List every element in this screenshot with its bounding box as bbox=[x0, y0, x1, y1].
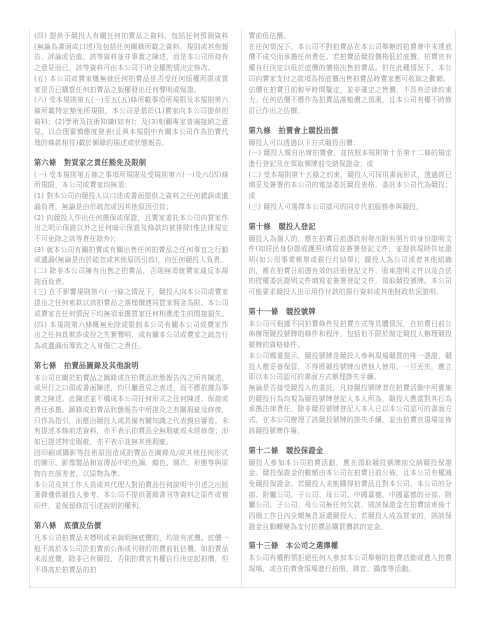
clause-paragraph: 無論是否接受競投人的委託，凡持競投號牌者在拍賣活動中所實施的競投行為均視為競投號… bbox=[249, 383, 452, 437]
terms-two-column-layout: (四) 提供予競投人有關任何拍賣品之資料，包括任何預測資料(無論為書面或口述)及… bbox=[29, 30, 456, 588]
clause-paragraph: 競投人為個人的，應在拍賣日前憑政府發出附有照片的身份證明文件(如居民身份證或護照… bbox=[249, 234, 452, 298]
clause-paragraph: 競投人參加本公司拍賣活動，應在領取競投號牌前交納競投保證金。競投保證金的數額由本… bbox=[249, 458, 452, 533]
clause-paragraph: (二) 除非本公司擁有出售之拍賣品，否則無須就賣家違反本規則而負責。 bbox=[34, 266, 229, 287]
clause-paragraph: (四) 本規則第六條概無免除或限制本公司有關本公司或賣家作出之任何具欺詐成份之失… bbox=[34, 320, 229, 352]
clause-paragraph: 本公司鄭重提示，競投號牌是競投人參與現場競買的唯一憑證，競投人應妥善保管，不得將… bbox=[249, 351, 452, 383]
section-heading-article-9: 第九條 拍賣會上競投出價 bbox=[249, 125, 452, 136]
clause-paragraph: (六) 受本規則第五(一)至五(五)條所載事項所規限及本規則第六條所載特定豁免所… bbox=[34, 95, 229, 149]
clause-paragraph: 競投人可以透過以下方式競投出價： bbox=[249, 138, 452, 149]
terms-column-right: 賣前低估價。 在任何情況下，本公司不對拍賣品在本公司舉辦的拍賣會中未達底價不成交… bbox=[242, 30, 455, 587]
section-heading-article-10: 第十條 競投人登記 bbox=[249, 221, 452, 232]
section-heading-article-8: 第八條 底價及估價 bbox=[34, 520, 229, 531]
clause-paragraph: 本公司有權酌情拒絕任何人參加本公司舉辦的拍賣活動或進入拍賣現場，或在拍賣會現場進… bbox=[249, 553, 452, 574]
section-heading-article-12: 第十二條 競投保證金 bbox=[249, 445, 452, 456]
clause-paragraph: (3) 就本公司有關拍賣或有關出售任何拍賣品之任何事宜之行動或遺漏(無論是由於疏… bbox=[34, 245, 229, 266]
clause-paragraph: 本公司在關於拍賣品之圖錄或在拍賣品狀態報告內之所有陳述，或另行之口頭或書面陳述，… bbox=[34, 373, 229, 448]
clause-paragraph: (一) 競投人親自出席拍賣會，並按照本規則第十至第十二條的規定進行登記及在領取號… bbox=[249, 148, 452, 169]
document-page: (四) 提供予競投人有關任何拍賣品之資料，包括任何預測資料(無論為書面或口述)及… bbox=[0, 0, 480, 617]
clause-paragraph: (一) 受本規則第五條之事項所規限及受規則第六(一)及六(四)條所規限，本公司或… bbox=[34, 170, 229, 191]
clause-paragraph: 本公司及其工作人員或其代理人對拍賣品任何說明中引述之出版著錄僅供競投人參考。本公… bbox=[34, 480, 229, 512]
section-heading-article-6: 第六條 對買家之責任豁免及限制 bbox=[34, 157, 229, 168]
clause-paragraph: (五) 本公司或賣家概無就任何拍賣品是否受任何版權所限或買家是否已購買任何拍賣品… bbox=[34, 74, 229, 95]
clause-paragraph: (三) 競投人可選擇本公司認可的同步代拍服務參與競投。 bbox=[249, 202, 452, 213]
clause-paragraph: 估價在拍賣日前較早時間釐定，並非確定之售價，不具有法律約束力。任何估價不應作為拍… bbox=[249, 85, 452, 117]
clause-paragraph: (1) 對本公司向競投人以口述或書面提供之資料之任何錯誤或遺漏負責，無論是由於疏… bbox=[34, 191, 229, 212]
clause-paragraph: 賣前低估價。 bbox=[249, 31, 452, 42]
terms-column-left: (四) 提供予競投人有關任何拍賣品之資料，包括任何預測資料(無論為書面或口述)及… bbox=[30, 30, 242, 587]
clause-paragraph: (四) 提供予競投人有關任何拍賣品之資料，包括任何預測資料(無論為書面或口述)及… bbox=[34, 31, 229, 74]
clause-paragraph: 在任何情況下，本公司不對拍賣品在本公司舉辦的拍賣會中未達底價不成交而承擔任何責任… bbox=[249, 42, 452, 85]
clause-paragraph: 本公司可根據不同拍賣條件及拍賣方式等具體情況，在拍賣日前公佈辦理競投號牌的條件和… bbox=[249, 319, 452, 351]
section-heading-article-11: 第十一條 競投號牌 bbox=[249, 306, 452, 317]
clause-paragraph: (三) 在不影響規則第六(一)條之情況下，競投人向本公司或賣家提出之任何索款以該… bbox=[34, 287, 229, 319]
clause-paragraph: 因印刷或攝影等技術原因造成拍賣品在圖錄及/或其他任何形式的圖示、影像製品和宣傳品… bbox=[34, 448, 229, 480]
clause-paragraph: (2) 向競投人作出任何擔保或保證，且賣家委託本公司向買家作出之明示保證以外之任… bbox=[34, 213, 229, 245]
clause-paragraph: (二) 受本規則第十五條之約束，競投人可採用書面形式，透過經已填妥及簽署的本公司… bbox=[249, 170, 452, 202]
section-heading-article-13: 第十三條 本公司之選擇權 bbox=[249, 540, 452, 551]
clause-paragraph: 凡本公司拍賣品未標明或未說明無底價的，均設有底價。底價一般不高於本公司於拍賣前公… bbox=[34, 533, 229, 576]
section-heading-article-7: 第七條 拍賣品圖錄及其他說明 bbox=[34, 360, 229, 371]
